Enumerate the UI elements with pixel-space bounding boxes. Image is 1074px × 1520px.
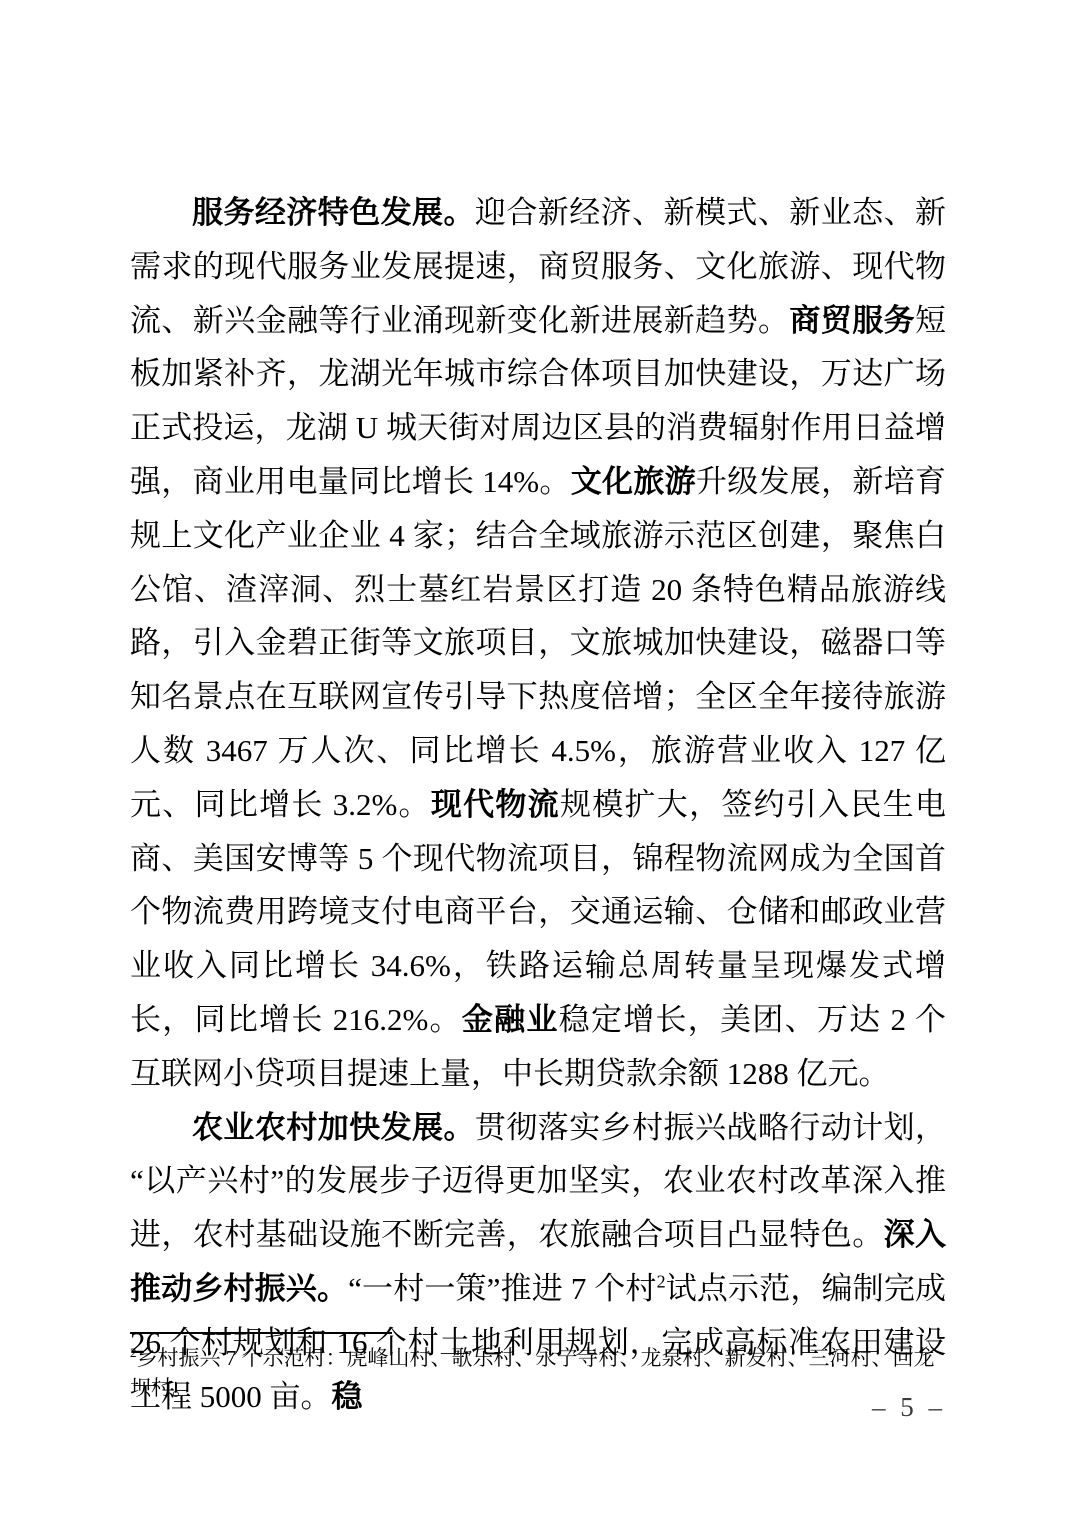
- footnote-divider: [130, 1332, 392, 1334]
- text-run: 规模扩大，签约引入民生电商、美国安博等 5 个现代物流项目，锦程物流网成为全国首…: [130, 787, 946, 1037]
- footnote-area: 2乡村振兴 7 个示范村：虎峰山村、歌乐村、永宁寺村、龙泉村、新发村、三河村、回…: [130, 1332, 946, 1403]
- footnote-reference: 2: [657, 1272, 666, 1292]
- bold-run: 农业农村加快发展。: [192, 1110, 475, 1145]
- paragraph: 服务经济特色发展。迎合新经济、新模式、新业态、新需求的现代服务业发展提速，商贸服…: [130, 186, 946, 1101]
- page-number: – 5 –: [872, 1392, 946, 1422]
- bold-run: 金融业: [462, 1002, 559, 1037]
- text-run: 升级发展，新培育规上文化产业企业 4 家；结合全域旅游示范区创建，聚焦白公馆、渣…: [130, 464, 946, 822]
- bold-run: 现代物流: [431, 787, 560, 822]
- footnote-text: 乡村振兴 7 个示范村：虎峰山村、歌乐村、永宁寺村、龙泉村、新发村、三河村、回龙…: [130, 1346, 935, 1400]
- bold-run: 商贸服务: [789, 303, 915, 338]
- bold-run: 服务经济特色发展。: [192, 195, 475, 230]
- footnote: 2乡村振兴 7 个示范村：虎峰山村、歌乐村、永宁寺村、龙泉村、新发村、三河村、回…: [130, 1343, 946, 1403]
- document-page: 服务经济特色发展。迎合新经济、新模式、新业态、新需求的现代服务业发展提速，商贸服…: [0, 0, 1074, 1520]
- body-text: 服务经济特色发展。迎合新经济、新模式、新业态、新需求的现代服务业发展提速，商贸服…: [130, 186, 946, 1423]
- bold-run: 文化旅游: [571, 464, 696, 499]
- text-run: “一村一策”推进 7 个村: [348, 1271, 656, 1306]
